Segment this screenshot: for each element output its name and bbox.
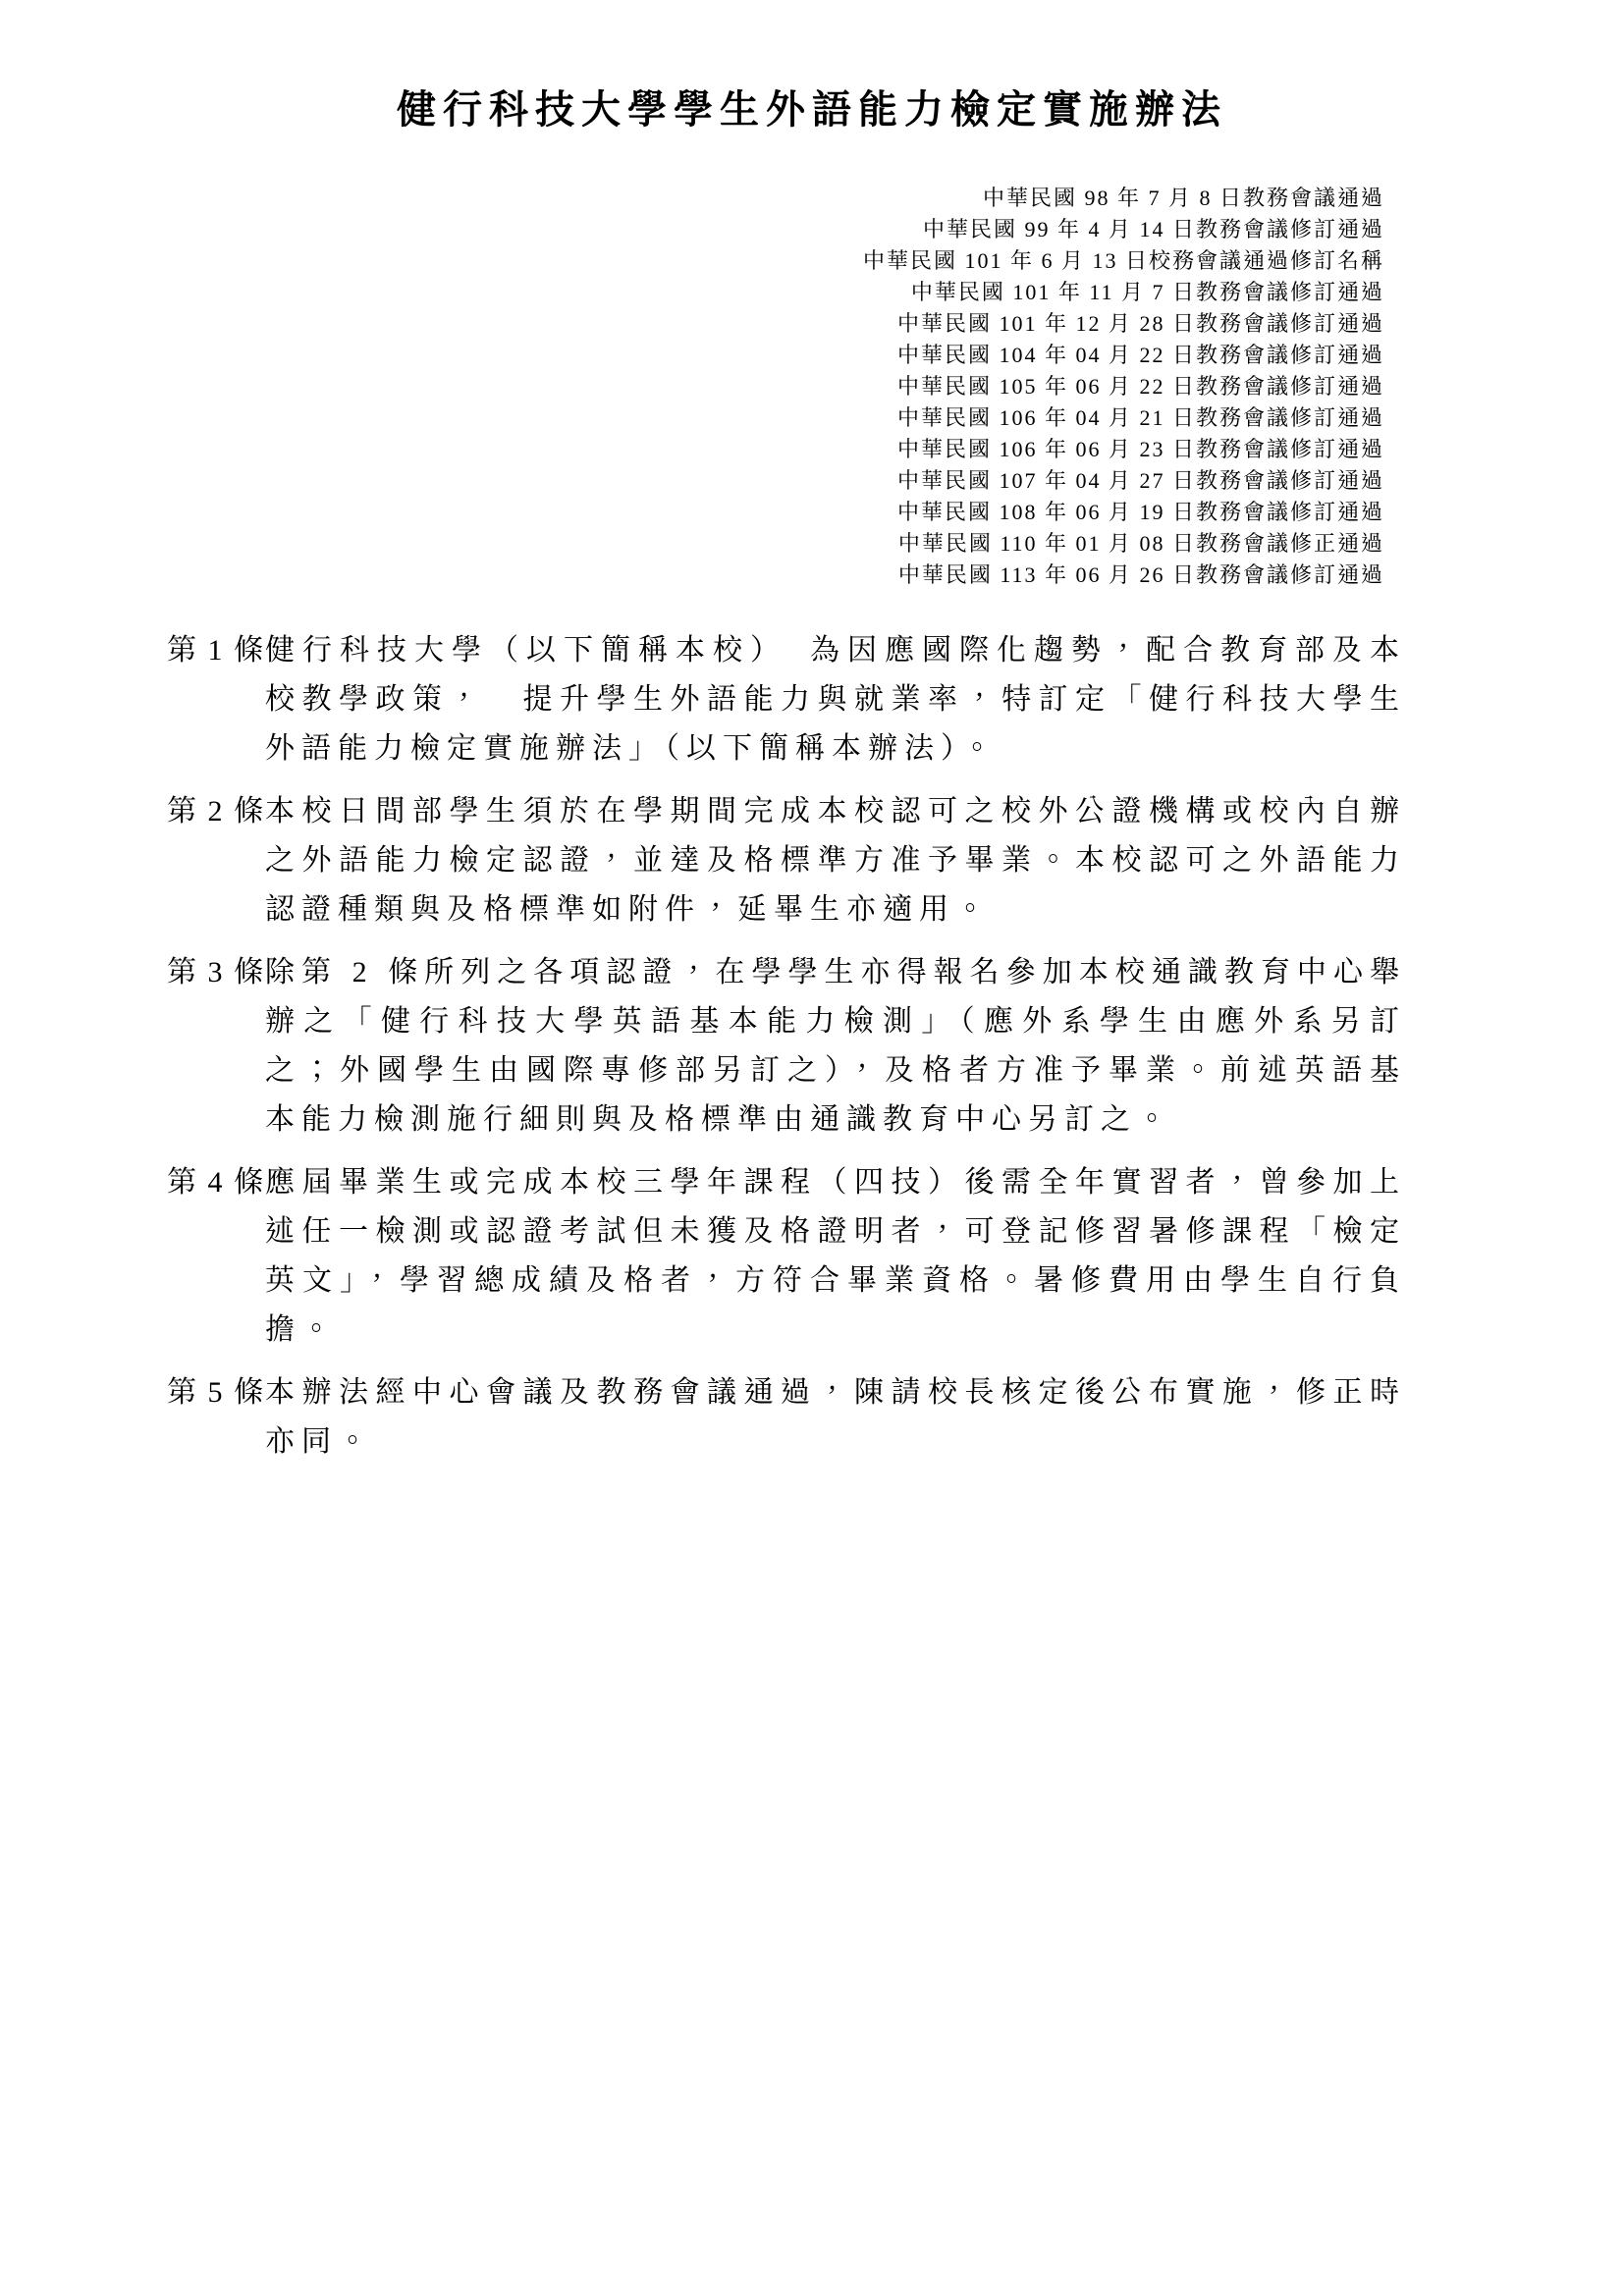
revision-line: 中華民國 99 年 4 月 14 日教務會議修訂通過 bbox=[0, 214, 1384, 245]
article-text: 除第 2 條所列之各項認證，在學學生亦得報名參加本校通識教育中心舉辦之「健行科技… bbox=[265, 948, 1406, 1145]
revision-line: 中華民國 106 年 06 月 23 日教務會議修訂通過 bbox=[0, 434, 1384, 465]
revision-line: 中華民國 98 年 7 月 8 日教務會議通過 bbox=[0, 183, 1384, 214]
articles-section: 第 1 條 健行科技大學（以下簡稱本校） 為因應國際化趨勢，配合教育部及本校教學… bbox=[167, 626, 1406, 1467]
document-page: 健行科技大學學生外語能力檢定實施辦法 中華民國 98 年 7 月 8 日教務會議… bbox=[0, 0, 1624, 2296]
revision-line: 中華民國 113 年 06 月 26 日教務會議修訂通過 bbox=[0, 560, 1384, 591]
article-5: 第 5 條 本辦法經中心會議及教務會議通過，陳請校長核定後公布實施，修正時亦同。 bbox=[167, 1368, 1406, 1467]
document-title: 健行科技大學學生外語能力檢定實施辦法 bbox=[0, 0, 1624, 137]
article-number: 第 1 條 bbox=[167, 626, 265, 675]
article-text: 本校日間部學生須於在學期間完成本校認可之校外公證機構或校內自辦之外語能力檢定認證… bbox=[265, 787, 1406, 934]
article-text: 應屆畢業生或完成本校三學年課程（四技）後需全年實習者，曾參加上述任一檢測或認證考… bbox=[265, 1158, 1406, 1355]
article-number: 第 3 條 bbox=[167, 948, 265, 997]
article-1: 第 1 條 健行科技大學（以下簡稱本校） 為因應國際化趨勢，配合教育部及本校教學… bbox=[167, 626, 1406, 774]
article-text: 健行科技大學（以下簡稱本校） 為因應國際化趨勢，配合教育部及本校教學政策， 提升… bbox=[265, 626, 1406, 774]
revision-history: 中華民國 98 年 7 月 8 日教務會議通過 中華民國 99 年 4 月 14… bbox=[0, 183, 1624, 591]
revision-line: 中華民國 110 年 01 月 08 日教務會議修正通過 bbox=[0, 528, 1384, 560]
article-number: 第 2 條 bbox=[167, 787, 265, 836]
article-4: 第 4 條 應屆畢業生或完成本校三學年課程（四技）後需全年實習者，曾參加上述任一… bbox=[167, 1158, 1406, 1355]
revision-line: 中華民國 104 年 04 月 22 日教務會議修訂通過 bbox=[0, 340, 1384, 371]
revision-line: 中華民國 107 年 04 月 27 日教務會議修訂通過 bbox=[0, 465, 1384, 497]
revision-line: 中華民國 108 年 06 月 19 日教務會議修訂通過 bbox=[0, 497, 1384, 528]
revision-line: 中華民國 105 年 06 月 22 日教務會議修訂通過 bbox=[0, 371, 1384, 402]
revision-line: 中華民國 101 年 11 月 7 日教務會議修訂通過 bbox=[0, 277, 1384, 308]
revision-line: 中華民國 106 年 04 月 21 日教務會議修訂通過 bbox=[0, 402, 1384, 434]
article-2: 第 2 條 本校日間部學生須於在學期間完成本校認可之校外公證機構或校內自辦之外語… bbox=[167, 787, 1406, 934]
revision-line: 中華民國 101 年 12 月 28 日教務會議修訂通過 bbox=[0, 308, 1384, 340]
article-text: 本辦法經中心會議及教務會議通過，陳請校長核定後公布實施，修正時亦同。 bbox=[265, 1368, 1406, 1467]
article-number: 第 4 條 bbox=[167, 1158, 265, 1207]
revision-line: 中華民國 101 年 6 月 13 日校務會議通過修訂名稱 bbox=[0, 245, 1384, 277]
article-number: 第 5 條 bbox=[167, 1368, 265, 1417]
article-3: 第 3 條 除第 2 條所列之各項認證，在學學生亦得報名參加本校通識教育中心舉辦… bbox=[167, 948, 1406, 1145]
